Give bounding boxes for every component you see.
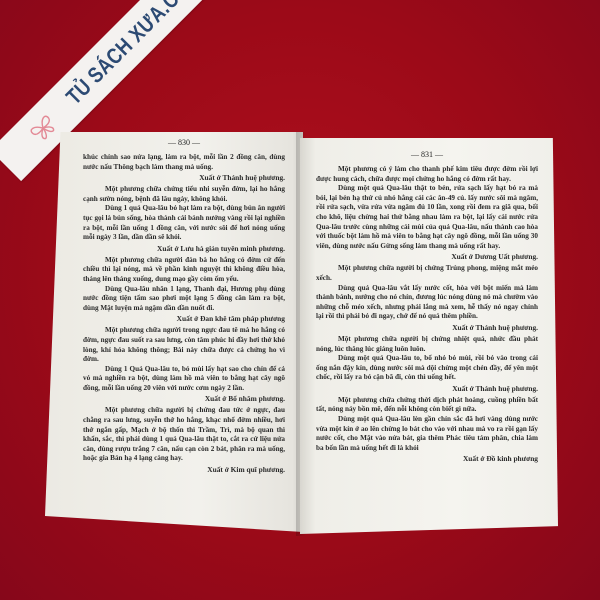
- text-paragraph: Dùng quả Qua-lâu vắt lấy nước cốt, hòa v…: [316, 284, 538, 322]
- source-citation: Xuất ở Thánh huệ phương.: [316, 384, 538, 394]
- source-citation: Xuất ở Thánh huệ phương.: [83, 173, 285, 183]
- page-body: Một phương có ý làm cho thanh phế kim ti…: [316, 165, 538, 464]
- source-citation: Xuất ở Lưu hà giản tuyên minh phương.: [83, 244, 285, 254]
- book-page-left: — 830 — khúc chính sao nửa lạng, làm ra …: [45, 132, 303, 532]
- text-paragraph: Một phương chữa người bị chứng Trúng pho…: [316, 264, 538, 283]
- page-number: — 830 —: [83, 138, 285, 147]
- text-paragraph: Dùng Qua-lâu nhân 1 lạng, Thanh đại, Hươ…: [83, 285, 285, 314]
- source-citation: Xuất ở Thánh huệ phương.: [316, 323, 538, 333]
- text-paragraph: khúc chính sao nửa lạng, làm ra bột, mỗi…: [83, 153, 285, 172]
- book-page-right: — 831 — Một phương có ý làm cho thanh ph…: [300, 138, 558, 534]
- text-paragraph: Dùng một quả Qua-lâu lèn gần chín sắc đã…: [316, 415, 538, 453]
- page-number: — 831 —: [316, 150, 538, 159]
- text-paragraph: Một phương chữa người bị chứng đau tức ở…: [83, 406, 285, 464]
- text-paragraph: Dùng một quả Qua-lâu to, bổ nhỏ bỏ mùi, …: [316, 354, 538, 383]
- butterfly-icon: [26, 111, 60, 145]
- text-paragraph: Một phương chữa người đàn bà ho hắng có …: [83, 256, 285, 285]
- text-paragraph: Một phương có ý làm cho thanh phế kim ti…: [316, 165, 538, 184]
- source-citation: Xuất ở Dương Uất phương.: [316, 252, 538, 262]
- text-paragraph: Một phương chữa chứng thời dịch phát hoà…: [316, 396, 538, 415]
- source-citation: Xuất ở Đan khê tâm pháp phương: [83, 314, 285, 324]
- text-paragraph: Dùng 1 Quả Qua-lâu to, bỏ mùi lấy hạt sa…: [83, 365, 285, 394]
- text-paragraph: Dùng 1 quả Qua-lâu bỏ hạt làm ra bột, dù…: [83, 204, 285, 242]
- source-citation: Xuất ở Kim quĩ phương.: [83, 465, 285, 475]
- text-paragraph: Một phương chữa người bị chứng nhiệt quá…: [316, 335, 538, 354]
- source-citation: Xuất ở Đồ kinh phương: [316, 454, 538, 464]
- text-paragraph: Dùng một quả Qua-lâu thật to bén, rửa sạ…: [316, 184, 538, 251]
- source-citation: Xuất ở Bổ nhâm phương.: [83, 394, 285, 404]
- watermark-text: TỦ SÁCH XƯA.COM: [61, 0, 206, 110]
- text-paragraph: Một phương chữa chứng tiểu nhi suyễn đờm…: [83, 185, 285, 204]
- page-body: khúc chính sao nửa lạng, làm ra bột, mỗi…: [83, 153, 285, 475]
- text-paragraph: Một phương chữa người trong ngực đau tê …: [83, 326, 285, 364]
